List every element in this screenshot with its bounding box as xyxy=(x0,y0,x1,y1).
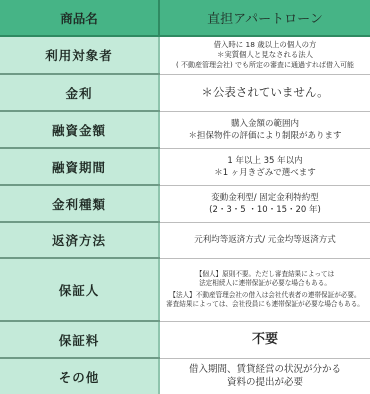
value-line: 変動金利型/ 固定金利特約型 xyxy=(160,192,370,204)
value-line: 不要 xyxy=(160,334,370,346)
row-label: その他 xyxy=(0,358,159,394)
value-line: ( 不動産管理会社) でも所定の審査に通過すれば借入可能 xyxy=(160,60,370,70)
table-row-other: その他 借入期間、賃貸経営の状況が分かる 資料の提出が必要 xyxy=(0,358,370,394)
row-value: 借入期間、賃貸経営の状況が分かる 資料の提出が必要 xyxy=(159,358,370,394)
header-product-name: 直担アパートローン xyxy=(159,0,370,36)
table-row-guarantor: 保証人 【個人】原則不要。ただし審査結果によっては 法定相続人に連帯保証が必要な… xyxy=(0,258,370,321)
value-line: 元利均等返済方式/ 元金均等返済方式 xyxy=(160,234,370,246)
value-line: 1 年以上 35 年以内 xyxy=(160,155,370,167)
row-label: 保証人 xyxy=(0,258,159,321)
value-line: 借入時に 18 歳以上の個人の方 xyxy=(160,40,370,50)
row-label: 利用対象者 xyxy=(0,36,159,74)
row-value: 元利均等返済方式/ 元金均等返済方式 xyxy=(159,222,370,258)
value-line: ＊担保物件の評価により制限があります xyxy=(160,130,370,142)
value-line: 【法人】不動産管理会社の借入は会社代表者の連帯保証が必要。 xyxy=(160,291,370,301)
row-label: 金利 xyxy=(0,74,159,111)
value-line: ＊実質個人と見なされる法人 xyxy=(160,50,370,60)
row-value: 1 年以上 35 年以内 ＊1 ヶ月きざみで選べます xyxy=(159,148,370,185)
value-line: 【個人】原則不要。ただし審査結果によっては xyxy=(160,270,370,280)
row-label: 融資金額 xyxy=(0,111,159,148)
value-line: (2・3・5 ・10・15・20 年) xyxy=(160,204,370,216)
row-label: 保証料 xyxy=(0,321,159,358)
table-row-guarantee-fee: 保証料 不要 xyxy=(0,321,370,358)
table-row-loan-amount: 融資金額 購入金額の範囲内 ＊担保物件の評価により制限があります xyxy=(0,111,370,148)
row-label: 融資期間 xyxy=(0,148,159,185)
value-line: 審査結果によっては、会社役員にも連帯保証が必要な場合もある。 xyxy=(160,300,370,310)
guarantor-individual-note: 【個人】原則不要。ただし審査結果によっては 法定相続人に連帯保証が必要な場合もあ… xyxy=(160,270,370,289)
value-line: 借入期間、賃貸経営の状況が分かる xyxy=(160,363,370,376)
table-row-interest-rate: 金利 ＊公表されていません。 xyxy=(0,74,370,111)
table-header-row: 商品名 直担アパートローン xyxy=(0,0,370,36)
table-row-loan-period: 融資期間 1 年以上 35 年以内 ＊1 ヶ月きざみで選べます xyxy=(0,148,370,185)
table-row-rate-type: 金利種類 変動金利型/ 固定金利特約型 (2・3・5 ・10・15・20 年) xyxy=(0,185,370,222)
row-value: 借入時に 18 歳以上の個人の方 ＊実質個人と見なされる法人 ( 不動産管理会社… xyxy=(159,36,370,74)
value-line: 購入金額の範囲内 xyxy=(160,118,370,130)
loan-spec-table: 商品名 直担アパートローン 利用対象者 借入時に 18 歳以上の個人の方 ＊実質… xyxy=(0,0,370,394)
value-line: 法定相続人に連帯保証が必要な場合もある。 xyxy=(160,279,370,289)
table-row-eligibility: 利用対象者 借入時に 18 歳以上の個人の方 ＊実質個人と見なされる法人 ( 不… xyxy=(0,36,370,74)
value-line: ＊1 ヶ月きざみで選べます xyxy=(160,167,370,179)
row-value: 変動金利型/ 固定金利特約型 (2・3・5 ・10・15・20 年) xyxy=(159,185,370,222)
row-value: ＊公表されていません。 xyxy=(159,74,370,111)
value-line: 資料の提出が必要 xyxy=(160,376,370,389)
value-line: ＊公表されていません。 xyxy=(160,85,370,100)
row-label: 返済方法 xyxy=(0,222,159,258)
row-value: 【個人】原則不要。ただし審査結果によっては 法定相続人に連帯保証が必要な場合もあ… xyxy=(159,258,370,321)
header-label-cell: 商品名 xyxy=(0,0,159,36)
guarantor-corporate-note: 【法人】不動産管理会社の借入は会社代表者の連帯保証が必要。 審査結果によっては、… xyxy=(160,291,370,310)
row-value: 購入金額の範囲内 ＊担保物件の評価により制限があります xyxy=(159,111,370,148)
table-row-repayment-method: 返済方法 元利均等返済方式/ 元金均等返済方式 xyxy=(0,222,370,258)
row-value: 不要 xyxy=(159,321,370,358)
row-label: 金利種類 xyxy=(0,185,159,222)
